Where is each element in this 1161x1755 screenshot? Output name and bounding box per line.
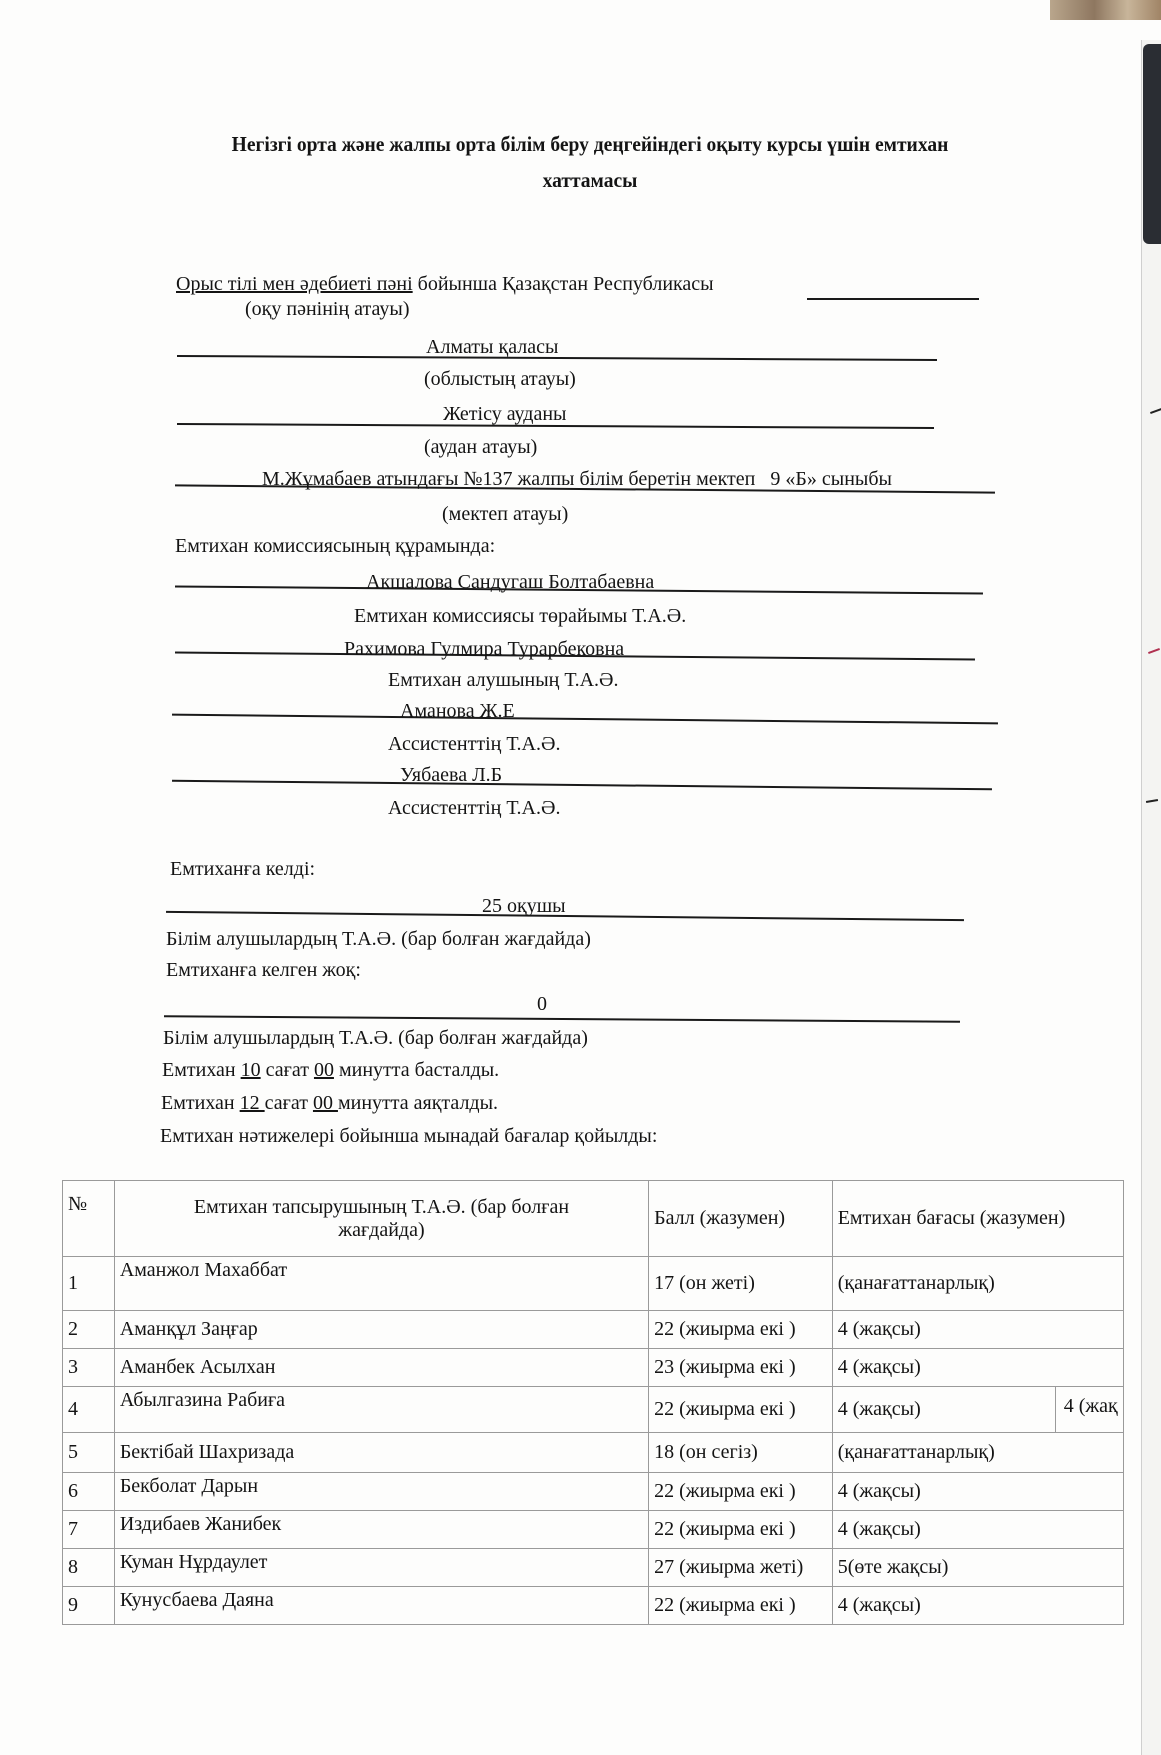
examiner-name: Рахимова Гулмира Турарбековна (344, 637, 624, 661)
table-row: 1 Аманжол Махаббат 17 (он жеті) (қанағат… (63, 1257, 1124, 1311)
end-minute: 00 (313, 1092, 338, 1114)
row-score: 22 (жиырма екі ) (649, 1387, 833, 1433)
end-hour: 12 (240, 1092, 265, 1114)
school-class: 9 «Б» сыныбы (770, 468, 892, 490)
paper-edge-right (1141, 40, 1161, 1755)
assistant-2-name: Уябаева Л.Б (400, 763, 502, 787)
member-line (172, 714, 998, 724)
absent-label: Емтиханға келген жоқ: (166, 958, 361, 982)
subject-blank-line (807, 298, 979, 300)
row-no: 3 (63, 1349, 115, 1387)
table-row: 3 Аманбек Асылхан 23 (жиырма екі ) 4 (жа… (63, 1349, 1124, 1387)
row-name: Аманжол Махаббат (114, 1257, 648, 1311)
header-name: Емтихан тапсырушының Т.А.Ә. (бар болған … (114, 1181, 648, 1257)
table-row: 4 Абылгазина Рабиға 22 (жиырма екі ) 4 (… (63, 1387, 1124, 1433)
row-name: Издибаев Жанибек (114, 1511, 648, 1549)
subject-line: Орыс тілі мен әдебиеті пәні бойынша Қаза… (176, 272, 714, 296)
header-grade: Емтихан бағасы (жазумен) (832, 1181, 1123, 1257)
subject-value: Орыс тілі мен әдебиеті пәні (176, 273, 413, 295)
row-grade-overflow: 4 (жақ (1055, 1387, 1134, 1432)
district-caption: (аудан атауы) (424, 436, 537, 459)
row-no: 8 (63, 1549, 115, 1587)
row-no: 5 (63, 1433, 115, 1473)
row-grade: 4 (жақсы) (832, 1473, 1123, 1511)
table-row: 5 Бектібай Шахризада 18 (он сегіз) (қана… (63, 1433, 1124, 1473)
row-name: Аманқұл Заңғар (114, 1311, 648, 1349)
district-value: Жетісу ауданы (443, 402, 567, 426)
background-object (1143, 44, 1161, 244)
row-name: Аманбек Асылхан (114, 1349, 648, 1387)
title-line-1: Негізгі орта және жалпы орта білім беру … (172, 126, 1009, 162)
absent-caption: Білім алушылардың Т.А.Ә. (бар болған жағ… (163, 1026, 588, 1050)
present-label: Емтиханға келді: (170, 857, 315, 881)
row-grade: (қанағаттанарлық) (832, 1257, 1123, 1311)
member-line (172, 780, 992, 790)
row-name: Куман Нұрдаулет (114, 1549, 648, 1587)
table-row: 7 Издибаев Жанибек 22 (жиырма екі ) 4 (ж… (63, 1511, 1124, 1549)
row-score: 23 (жиырма екі ) (649, 1349, 833, 1387)
subject-suffix: бойынша Қазақстан Республикасы (413, 273, 714, 295)
region-caption: (облыстың атауы) (424, 368, 576, 391)
results-intro: Емтихан нәтижелері бойынша мынадай бағал… (160, 1124, 657, 1148)
exam-start: Емтихан 10 сағат 00 минутта басталды. (162, 1058, 499, 1082)
row-score: 27 (жиырма жеті) (649, 1549, 833, 1587)
row-no: 9 (63, 1587, 115, 1625)
examiner-role: Емтихан алушының Т.А.Ә. (388, 668, 618, 692)
row-score: 17 (он жеті) (649, 1257, 833, 1311)
assistant-1-role: Ассистенттің Т.А.Ә. (388, 732, 560, 756)
row-grade: 4 (жақсы) (832, 1311, 1123, 1349)
commission-heading: Емтихан комиссиясының құрамында: (175, 534, 495, 558)
table-row: 8 Куман Нұрдаулет 27 (жиырма жеті) 5(өте… (63, 1549, 1124, 1587)
row-grade: 4 (жақсы) (832, 1511, 1123, 1549)
row-score: 22 (жиырма екі ) (649, 1587, 833, 1625)
row-score: 22 (жиырма екі ) (649, 1511, 833, 1549)
photo-edge-top (1050, 0, 1161, 20)
table-row: 2 Аманқұл Заңғар 22 (жиырма екі ) 4 (жақ… (63, 1311, 1124, 1349)
school-line-text: М.Жұмабаев атындағы №137 жалпы білім бер… (262, 467, 892, 491)
commission-chair-name: Акшалова Сандугаш Болтабаевна (366, 570, 654, 594)
row-no: 2 (63, 1311, 115, 1349)
row-name: Бектібай Шахризада (114, 1433, 648, 1473)
table-row: 6 Бекболат Дарын 22 (жиырма екі ) 4 (жақ… (63, 1473, 1124, 1511)
table-row: 9 Кунусбаева Даяна 22 (жиырма екі ) 4 (ж… (63, 1587, 1124, 1625)
title-line-2: хаттамасы (172, 162, 1009, 198)
row-score: 22 (жиырма екі ) (649, 1473, 833, 1511)
row-grade: 4 (жақсы) 4 (жақ (832, 1387, 1123, 1433)
assistant-1-name: Аманова Ж.Е (400, 699, 515, 723)
row-no: 7 (63, 1511, 115, 1549)
document-title: Негізгі орта және жалпы орта білім беру … (172, 126, 1009, 198)
header-no: № (63, 1181, 115, 1257)
header-score: Балл (жазумен) (649, 1181, 833, 1257)
row-score: 22 (жиырма екі ) (649, 1311, 833, 1349)
assistant-2-role: Ассистенттің Т.А.Ә. (388, 796, 560, 820)
region-value: Алматы қаласы (426, 335, 558, 359)
row-name: Бекболат Дарын (114, 1473, 648, 1511)
absent-line (164, 1015, 960, 1022)
row-grade: 5(өте жақсы) (832, 1549, 1123, 1587)
row-name: Абылгазина Рабиға (114, 1387, 648, 1433)
subject-caption: (оқу пәнінің атауы) (245, 298, 409, 321)
exam-end: Емтихан 12 сағат 00 минутта аяқталды. (161, 1091, 498, 1115)
row-grade: (қанағаттанарлық) (832, 1433, 1123, 1473)
start-minute: 00 (314, 1059, 334, 1081)
row-no: 4 (63, 1387, 115, 1433)
commission-chair-role: Емтихан комиссиясы төрайымы Т.А.Ә. (354, 604, 686, 628)
absent-value: 0 (537, 992, 547, 1016)
row-grade: 4 (жақсы) (832, 1587, 1123, 1625)
table-header-row: № Емтихан тапсырушының Т.А.Ә. (бар болға… (63, 1181, 1124, 1257)
row-name: Кунусбаева Даяна (114, 1587, 648, 1625)
present-value: 25 оқушы (482, 894, 566, 918)
school-caption: (мектеп атауы) (442, 503, 568, 526)
school-value: М.Жұмабаев атындағы №137 жалпы білім бер… (262, 468, 755, 490)
row-no: 6 (63, 1473, 115, 1511)
present-caption: Білім алушылардың Т.А.Ә. (бар болған жағ… (166, 927, 591, 951)
row-score: 18 (он сегіз) (649, 1433, 833, 1473)
row-no: 1 (63, 1257, 115, 1311)
start-hour: 10 (241, 1059, 261, 1081)
row-grade: 4 (жақсы) (832, 1349, 1123, 1387)
results-table: № Емтихан тапсырушының Т.А.Ә. (бар болға… (62, 1180, 1124, 1625)
